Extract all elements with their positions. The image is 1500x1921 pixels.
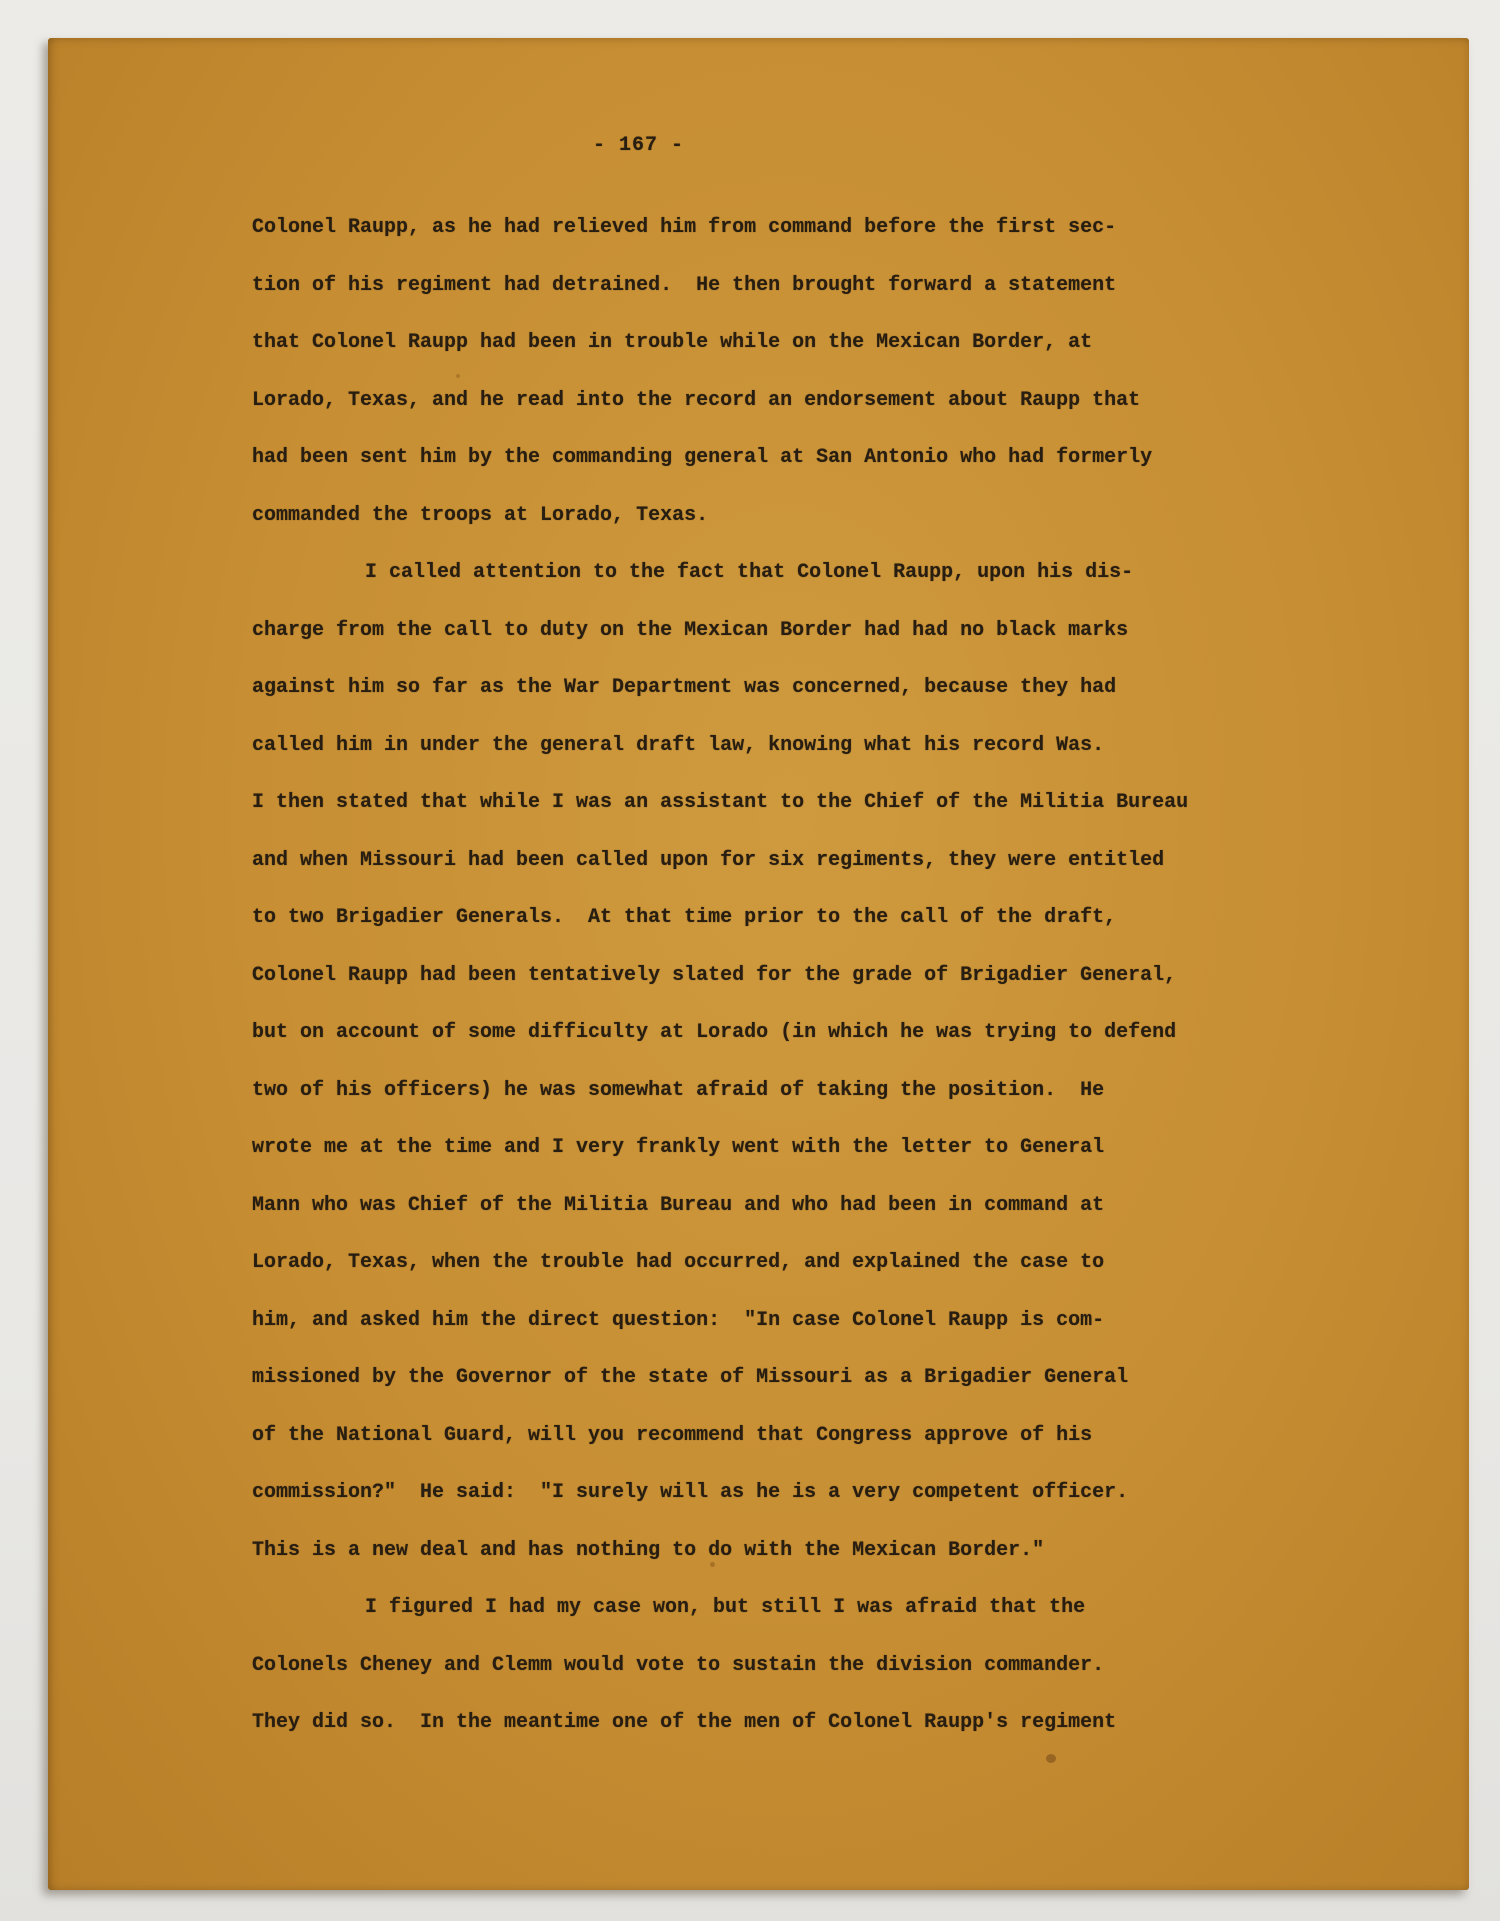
text-line: Lorado, Texas, and he read into the reco… — [252, 372, 1449, 430]
paper-stain — [710, 1562, 715, 1567]
paper-stain — [1046, 1754, 1056, 1763]
text-line: I figured I had my case won, but still I… — [252, 1579, 1449, 1637]
text-line: commission?" He said: "I surely will as … — [252, 1464, 1449, 1522]
text-line: but on account of some difficulty at Lor… — [252, 1004, 1449, 1062]
text-line: of the National Guard, will you recommen… — [252, 1407, 1449, 1465]
text-line: that Colonel Raupp had been in trouble w… — [252, 314, 1449, 372]
text-line: This is a new deal and has nothing to do… — [252, 1522, 1449, 1580]
text-line: him, and asked him the direct question: … — [252, 1292, 1449, 1350]
text-line: They did so. In the meantime one of the … — [252, 1694, 1449, 1752]
paper-stain — [456, 374, 460, 378]
text-line: Colonel Raupp, as he had relieved him fr… — [252, 199, 1449, 257]
text-line: Colonels Cheney and Clemm would vote to … — [252, 1637, 1449, 1695]
text-line: commanded the troops at Lorado, Texas. — [252, 487, 1449, 545]
text-line: Lorado, Texas, when the trouble had occu… — [252, 1234, 1449, 1292]
text-line: Colonel Raupp had been tentatively slate… — [252, 947, 1449, 1005]
document-page: - 167 - Colonel Raupp, as he had relieve… — [48, 38, 1469, 1890]
text-line: against him so far as the War Department… — [252, 659, 1449, 717]
text-line: I called attention to the fact that Colo… — [252, 544, 1449, 602]
text-line: had been sent him by the commanding gene… — [252, 429, 1449, 487]
text-line: Mann who was Chief of the Militia Bureau… — [252, 1177, 1449, 1235]
text-line: missioned by the Governor of the state o… — [252, 1349, 1449, 1407]
text-line: tion of his regiment had detrained. He t… — [252, 257, 1449, 315]
photo-background: - 167 - Colonel Raupp, as he had relieve… — [0, 0, 1500, 1921]
page-number: - 167 - — [593, 134, 1469, 157]
text-line: to two Brigadier Generals. At that time … — [252, 889, 1449, 947]
text-line: charge from the call to duty on the Mexi… — [252, 602, 1449, 660]
text-line: wrote me at the time and I very frankly … — [252, 1119, 1449, 1177]
text-line: called him in under the general draft la… — [252, 717, 1449, 775]
text-line: I then stated that while I was an assist… — [252, 774, 1449, 832]
text-line: and when Missouri had been called upon f… — [252, 832, 1449, 890]
text-line: two of his officers) he was somewhat afr… — [252, 1062, 1449, 1120]
typewritten-text-block: Colonel Raupp, as he had relieved him fr… — [48, 199, 1469, 1752]
